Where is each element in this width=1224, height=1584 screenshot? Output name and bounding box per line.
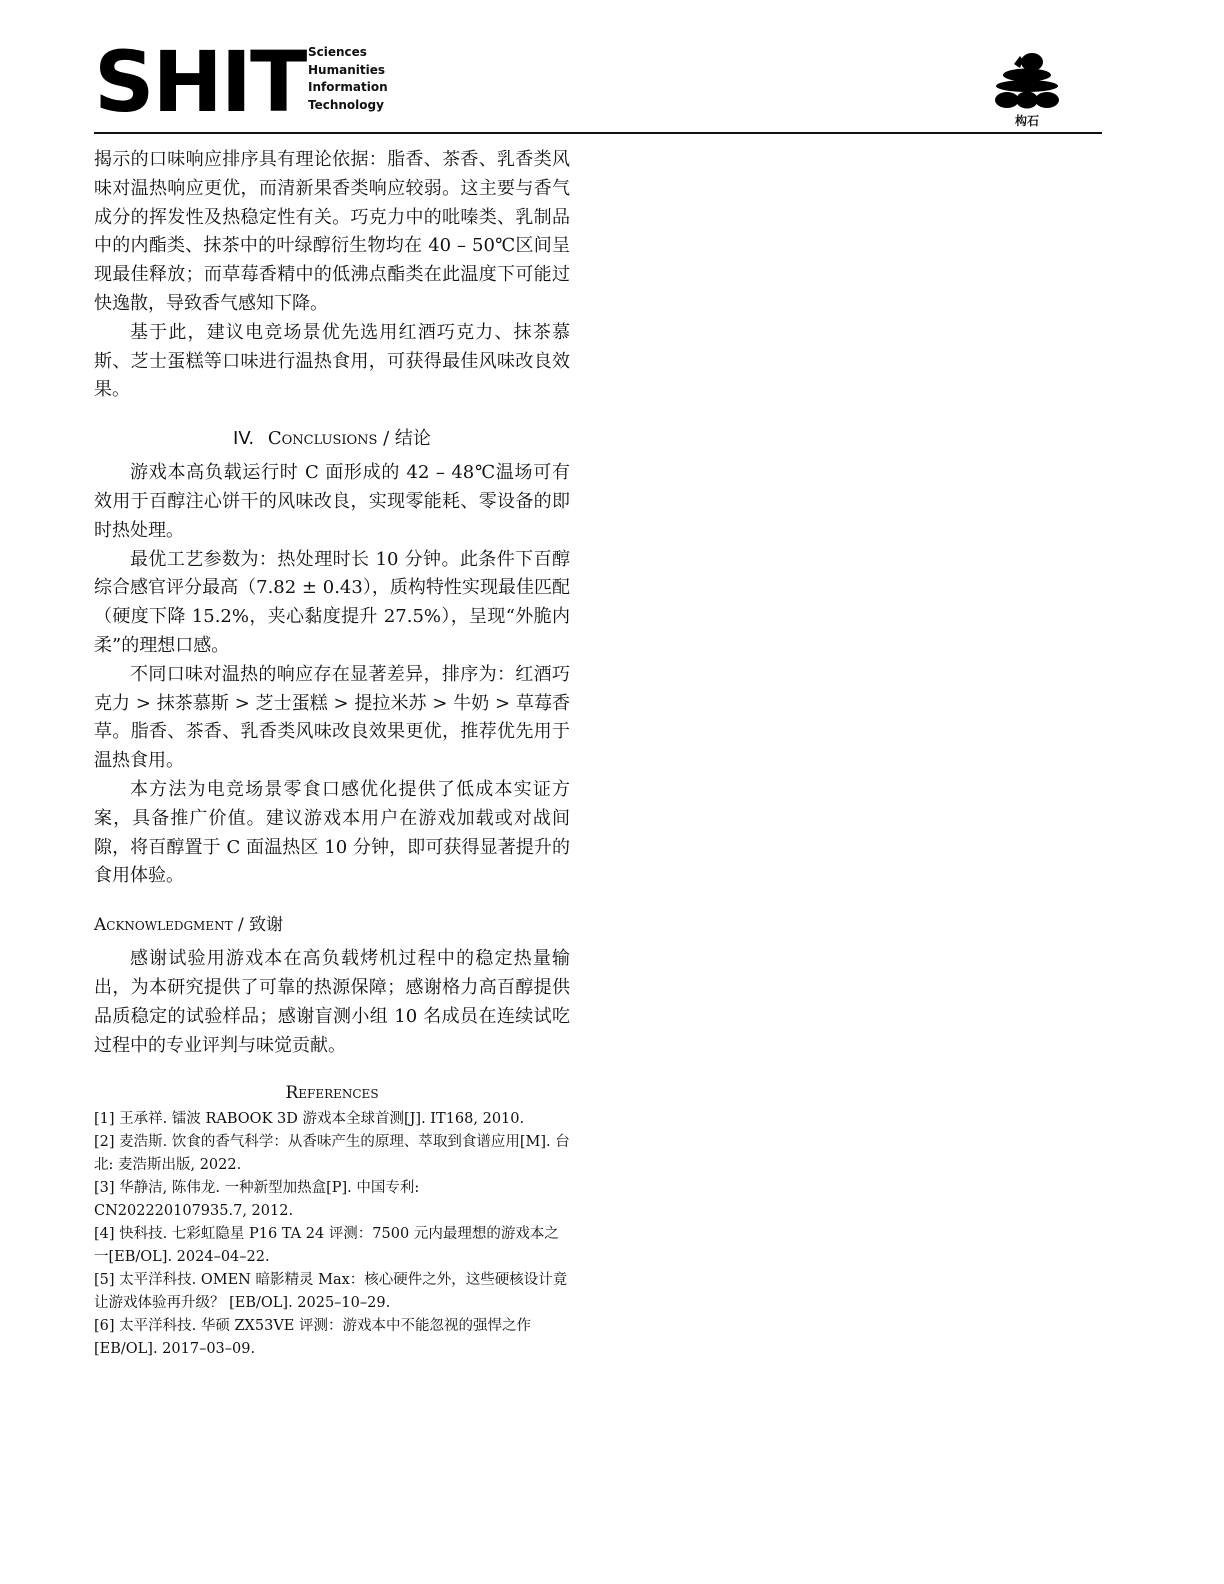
logo-line: Humanities bbox=[308, 62, 388, 80]
body-paragraph: 基于此，建议电竞场景优先选用红酒巧克力、抹茶慕斯、芝士蛋糕等口味进行温热食用，可… bbox=[94, 319, 570, 405]
reference-item: [3] 华静洁, 陈伟龙. 一种新型加热盒[P]. 中国专利: CN202220… bbox=[94, 1177, 570, 1223]
stone-pile-icon bbox=[992, 48, 1062, 110]
emblem: 构石 bbox=[992, 48, 1062, 128]
logo-line: Technology bbox=[308, 97, 388, 115]
conclusion-paragraph: 不同口味对温热的响应存在显著差异，排序为：红酒巧克力 > 抹茶慕斯 > 芝士蛋糕… bbox=[94, 661, 570, 776]
reference-item: [6] 太平洋科技. 华硕 ZX53VE 评测：游戏本中不能忽视的强悍之作[EB… bbox=[94, 1315, 570, 1361]
reference-item: [4] 快科技. 七彩虹隐星 P16 TA 24 评测：7500 元内最理想的游… bbox=[94, 1223, 570, 1269]
reference-item: [2] 麦浩斯. 饮食的香气科学：从香味产生的原理、萃取到食谱应用[M]. 台北… bbox=[94, 1131, 570, 1177]
section-title-conclusions: IV. Conclusions / 结论 bbox=[94, 425, 570, 453]
reference-item: [5] 太平洋科技. OMEN 暗影精灵 Max：核心硬件之外，这些硬核设计竟让… bbox=[94, 1269, 570, 1315]
emblem-label: 构石 bbox=[992, 112, 1062, 129]
reference-list: [1] 王承祥. 镭波 RABOOK 3D 游戏本全球首测[J]. IT168,… bbox=[94, 1108, 570, 1361]
body-paragraph: 揭示的口味响应排序具有理论依据：脂香、茶香、乳香类风味对温热响应更优，而清新果香… bbox=[94, 146, 570, 319]
conclusion-paragraph: 游戏本高负载运行时 C 面形成的 42 – 48℃温场可有效用于百醇注心饼干的风… bbox=[94, 459, 570, 545]
section-title-text: Conclusions / 结论 bbox=[268, 428, 431, 449]
section-title-acknowledgment: Acknowledgment / 致谢 bbox=[94, 911, 570, 939]
main-column: 揭示的口味响应排序具有理论依据：脂香、茶香、乳香类风味对温热响应更优，而清新果香… bbox=[94, 146, 570, 1361]
journal-logo-subtitle: Sciences Humanities Information Technolo… bbox=[308, 44, 388, 114]
reference-item: [1] 王承祥. 镭波 RABOOK 3D 游戏本全球首测[J]. IT168,… bbox=[94, 1108, 570, 1131]
conclusion-paragraph: 本方法为电竞场景零食口感优化提供了低成本实证方案，具备推广价值。建议游戏本用户在… bbox=[94, 776, 570, 891]
conclusion-paragraph: 最优工艺参数为：热处理时长 10 分钟。此条件下百醇综合感官评分最高（7.82 … bbox=[94, 546, 570, 661]
logo-line: Information bbox=[308, 79, 388, 97]
section-title-references: References bbox=[94, 1080, 570, 1106]
section-numeral: IV. bbox=[233, 428, 254, 449]
logo-line: Sciences bbox=[308, 44, 388, 62]
journal-header: SHIT Sciences Humanities Information Tec… bbox=[94, 40, 1102, 134]
acknowledgment-paragraph: 感谢试验用游戏本在高负载烤机过程中的稳定热量输出，为本研究提供了可靠的热源保障；… bbox=[94, 945, 570, 1060]
journal-logo: SHIT bbox=[94, 40, 305, 124]
